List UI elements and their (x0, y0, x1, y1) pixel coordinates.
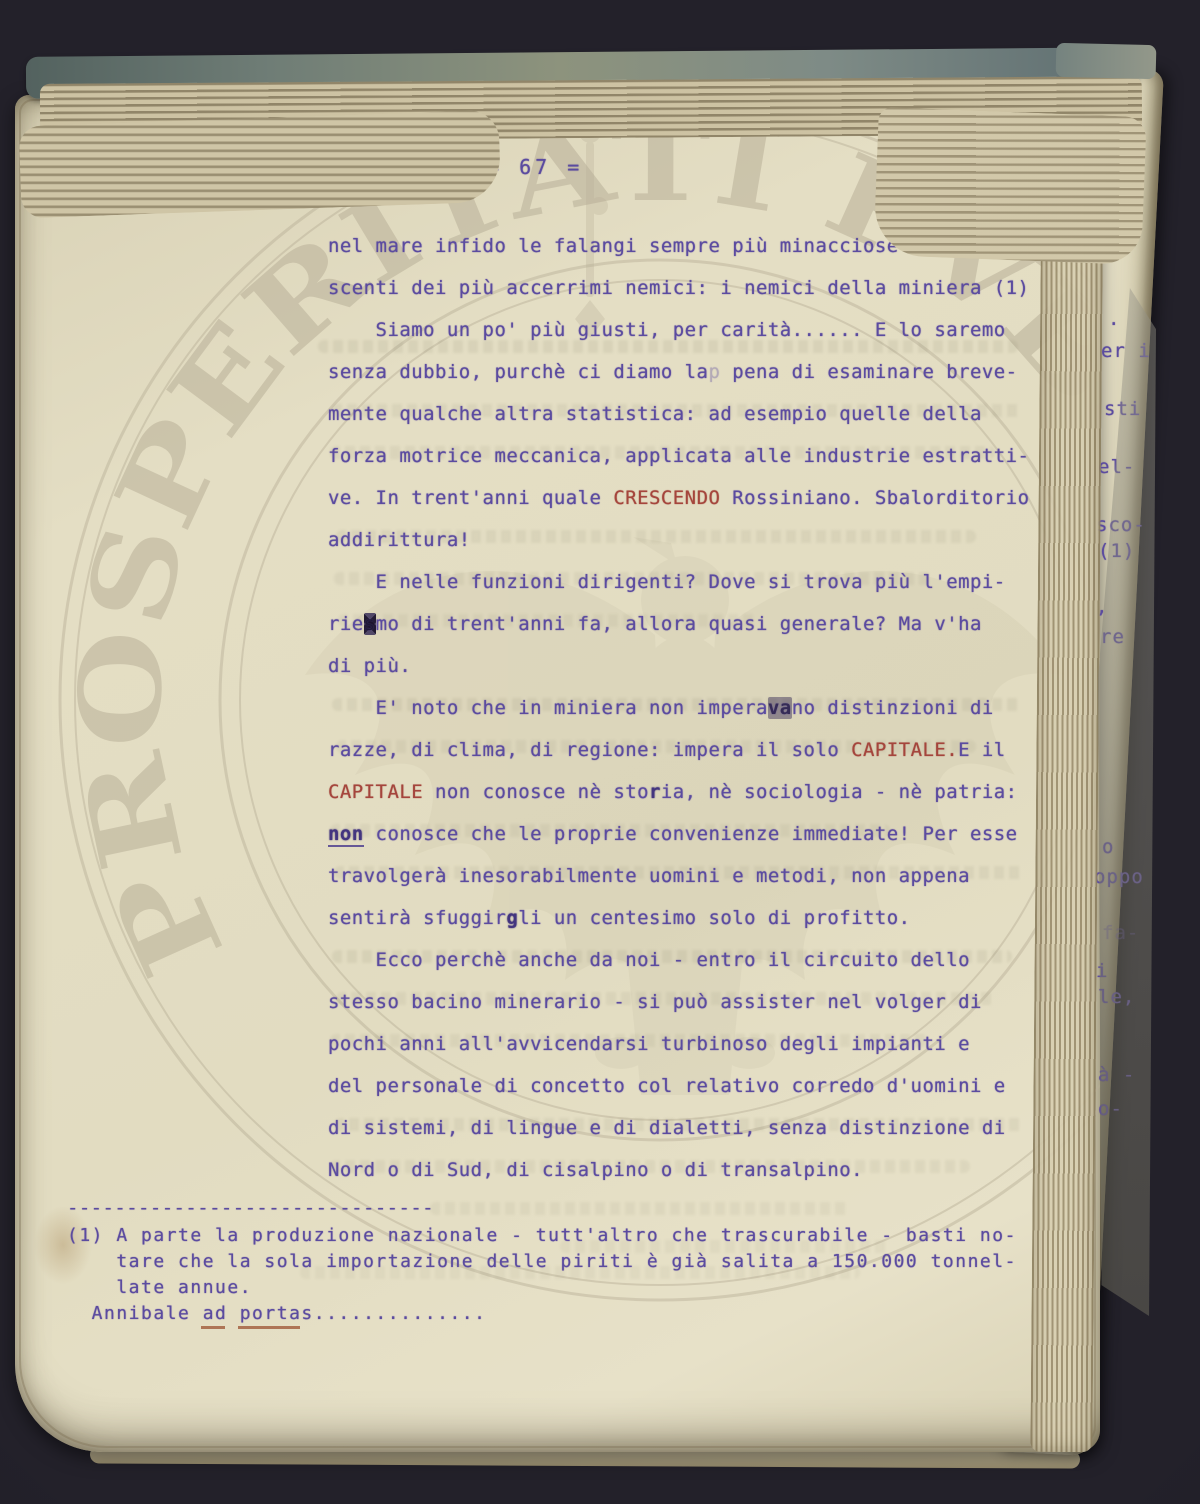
cover-corner-edge (1056, 43, 1157, 79)
edge-text-fragment: . (1108, 308, 1120, 330)
book-scan-photo: PROSPERITATI PVBLICAE = 67 = (0, 0, 1200, 1504)
page-fore-edge-stack (1030, 150, 1103, 1452)
page-stack-top-edge-right (873, 107, 1146, 265)
page-stack-top-edge-left (19, 110, 502, 219)
